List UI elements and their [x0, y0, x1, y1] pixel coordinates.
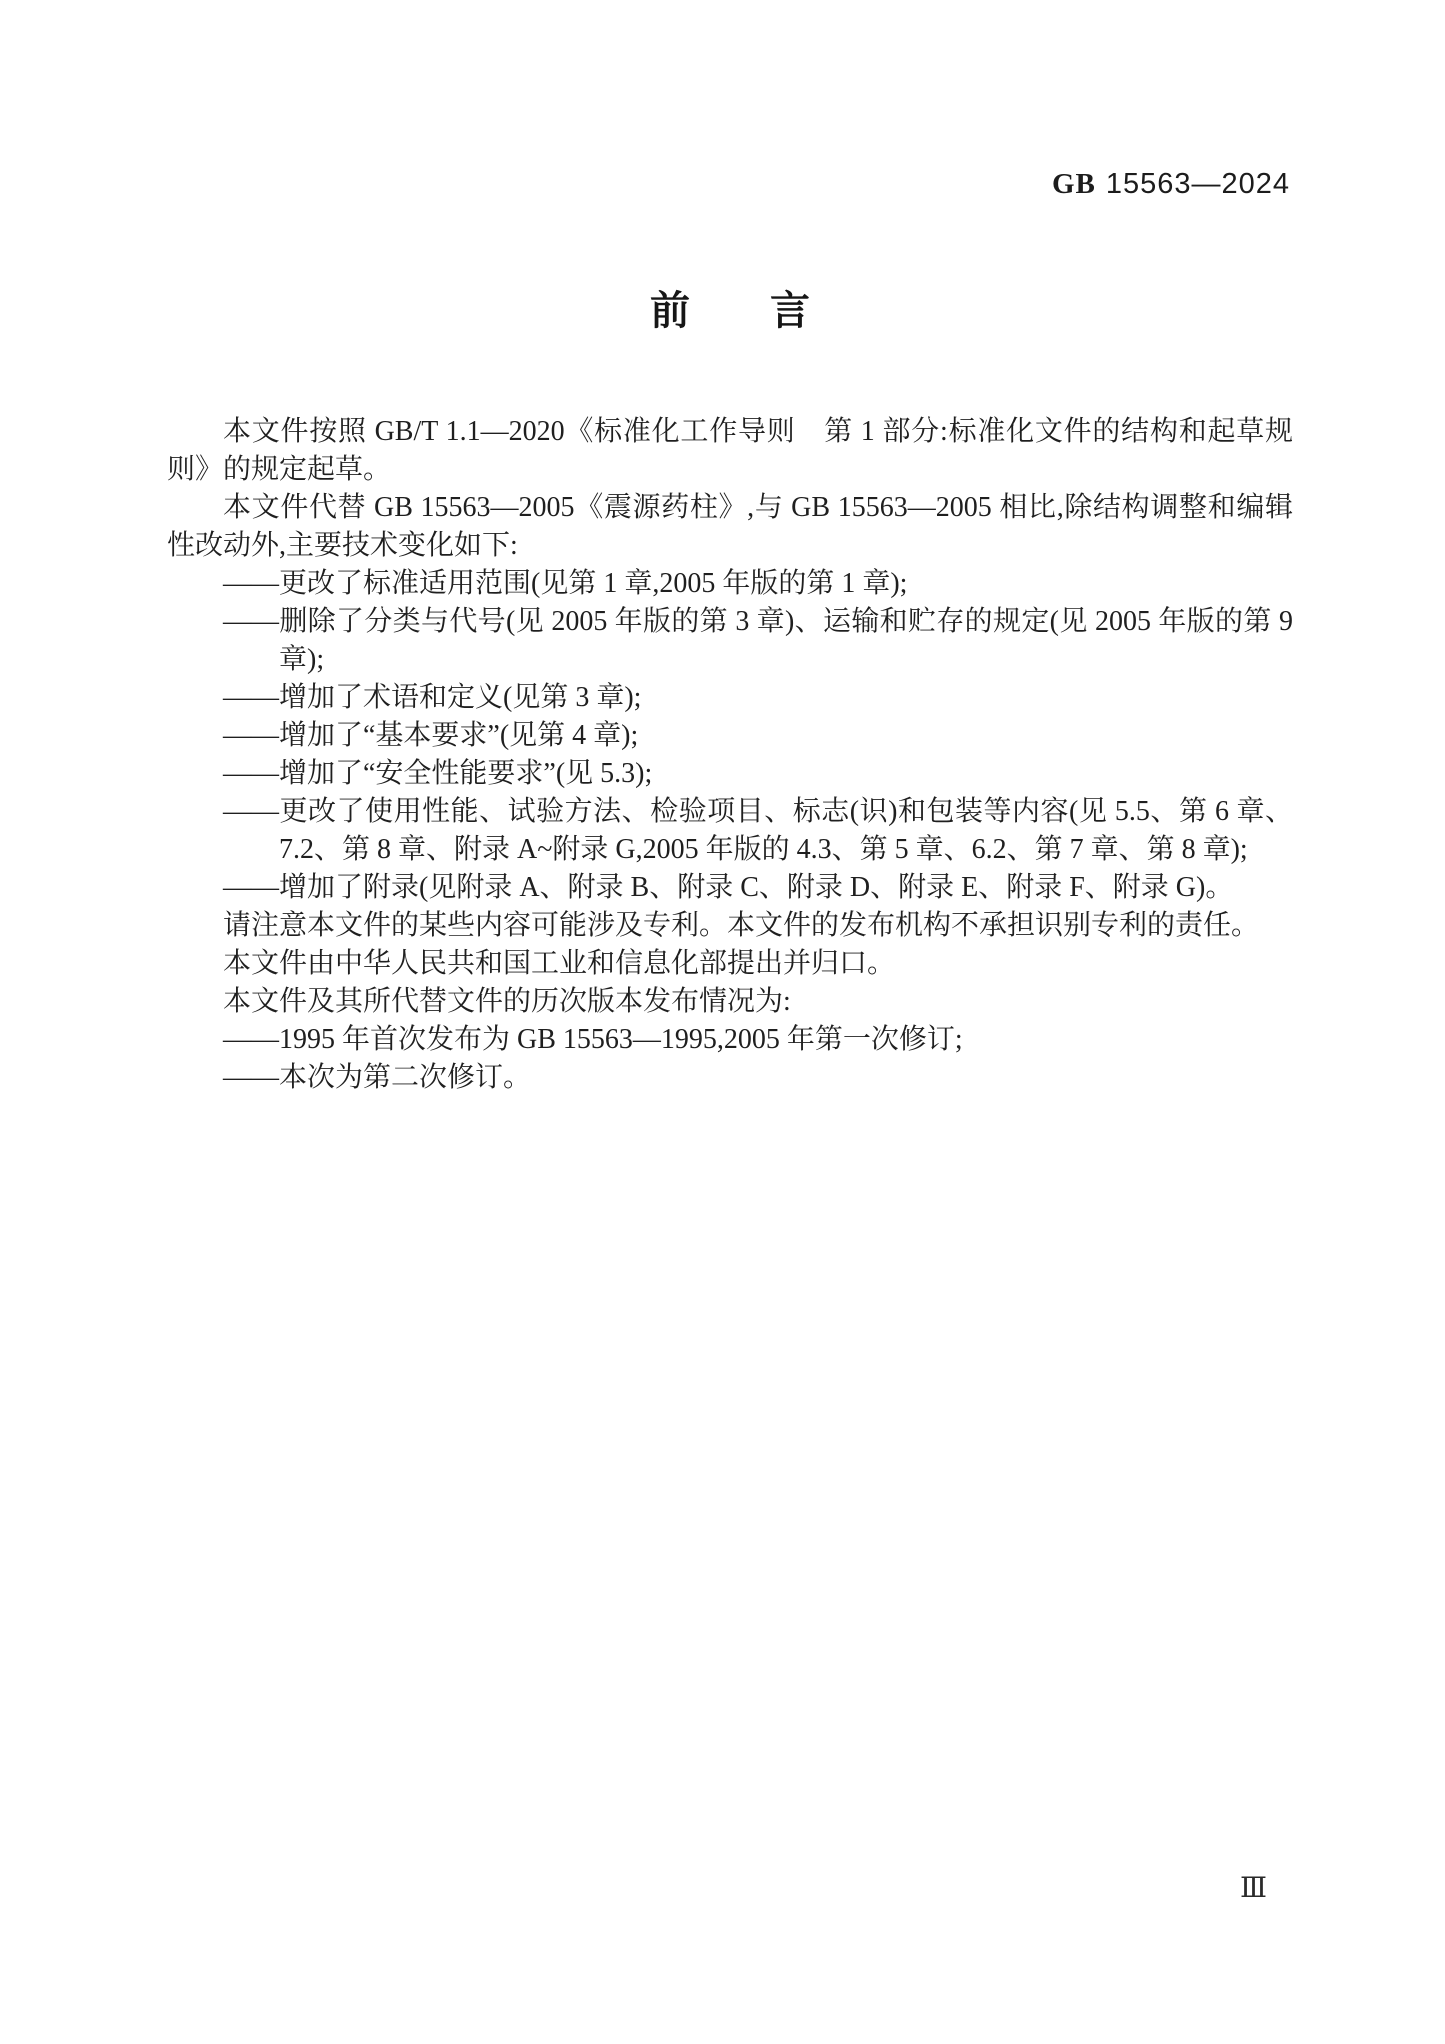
- list-item: ——1995 年首次发布为 GB 15563—1995,2005 年第一次修订;: [167, 1021, 1293, 1059]
- page-title: 前言: [167, 286, 1293, 336]
- list-item: ——更改了标准适用范围(见第 1 章,2005 年版的第 1 章);: [167, 565, 1293, 603]
- list-item: ——增加了“安全性能要求”(见 5.3);: [167, 755, 1293, 793]
- page-number: Ⅲ: [1240, 1871, 1267, 1905]
- paragraph: 本文件代替 GB 15563—2005《震源药柱》,与 GB 15563—200…: [167, 489, 1293, 565]
- standard-code: GB15563—2024: [1052, 168, 1290, 201]
- paragraph: 本文件由中华人民共和国工业和信息化部提出并归口。: [167, 945, 1293, 983]
- list-item: ——删除了分类与代号(见 2005 年版的第 3 章)、运输和贮存的规定(见 2…: [167, 603, 1293, 679]
- document-body: 本文件按照 GB/T 1.1—2020《标准化工作导则 第 1 部分:标准化文件…: [167, 413, 1293, 1097]
- list-item: ——本次为第二次修订。: [167, 1059, 1293, 1097]
- list-item: ——增加了“基本要求”(见第 4 章);: [167, 717, 1293, 755]
- paragraph: 本文件及其所代替文件的历次版本发布情况为:: [167, 983, 1293, 1021]
- list-item: ——增加了附录(见附录 A、附录 B、附录 C、附录 D、附录 E、附录 F、附…: [167, 869, 1293, 907]
- paragraph: 请注意本文件的某些内容可能涉及专利。本文件的发布机构不承担识别专利的责任。: [167, 907, 1293, 945]
- list-item: ——增加了术语和定义(见第 3 章);: [167, 679, 1293, 717]
- standard-code-number: 15563—2024: [1106, 168, 1290, 200]
- paragraph: 本文件按照 GB/T 1.1—2020《标准化工作导则 第 1 部分:标准化文件…: [167, 413, 1293, 489]
- standard-code-prefix: GB: [1052, 168, 1096, 200]
- list-item: ——更改了使用性能、试验方法、检验项目、标志(识)和包装等内容(见 5.5、第 …: [167, 793, 1293, 869]
- document-page: GB15563—2024 前言 本文件按照 GB/T 1.1—2020《标准化工…: [0, 0, 1445, 2044]
